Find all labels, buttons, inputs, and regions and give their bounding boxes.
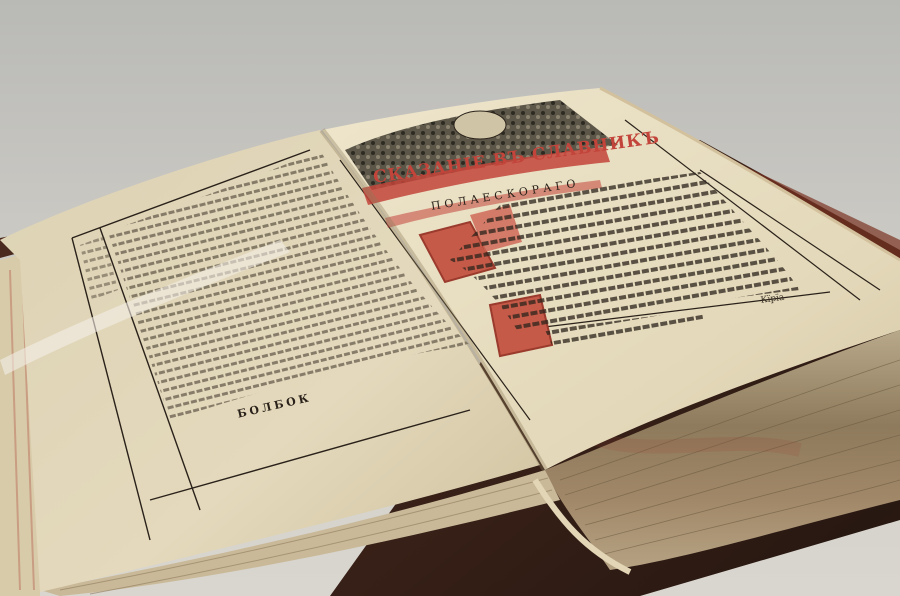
header-medallion <box>454 111 506 139</box>
book-photo: СКАЗАНІЕ ВЪ СЛАВНИКЪ ПОЛАЕСКОРАГО Кїрїа … <box>0 0 900 596</box>
book-illustration <box>0 0 900 596</box>
